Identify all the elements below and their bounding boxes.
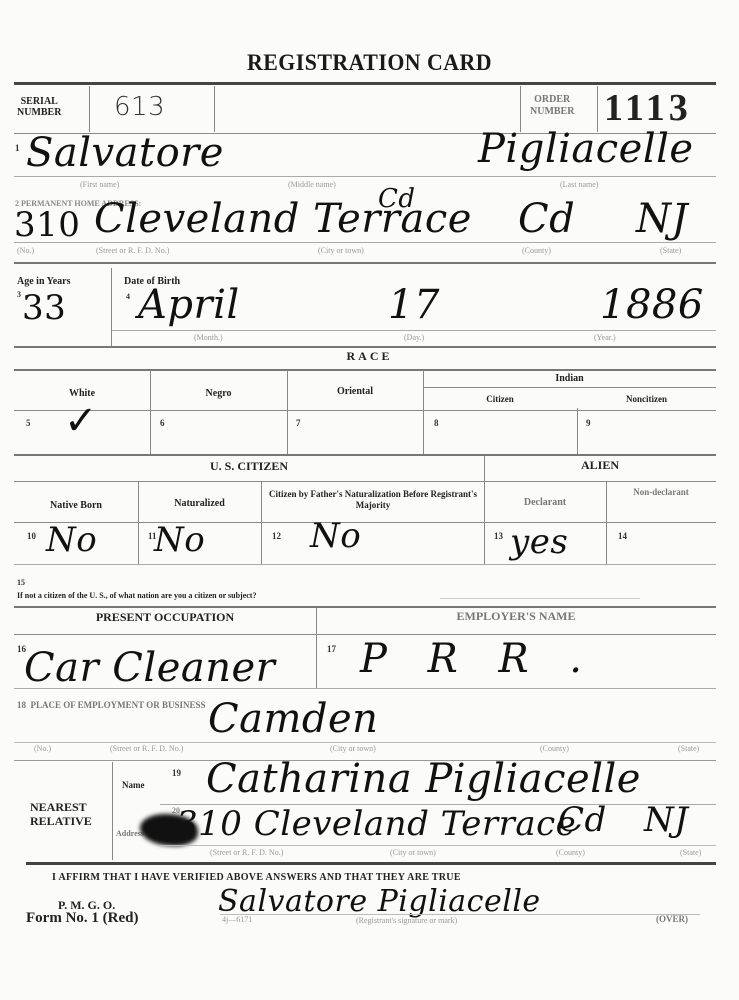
divider	[14, 454, 716, 456]
q15-label: If not a citizen of the U. S., of what n…	[17, 590, 256, 601]
field-number: 17	[327, 644, 336, 654]
field-number: 12	[272, 531, 281, 541]
caption-state: (State)	[660, 246, 681, 255]
divider	[14, 522, 716, 523]
caption-street: (Street or R. F. D. No.)	[96, 246, 169, 255]
caption-county: (County)	[522, 246, 551, 255]
card-title: REGISTRATION CARD	[18, 50, 720, 76]
address-number-value: 310	[14, 205, 80, 245]
race-col-indian: Indian	[423, 373, 716, 384]
divider	[14, 82, 716, 85]
place-of-employment-value: Camden	[208, 696, 378, 742]
relative-name-label: Name	[122, 780, 145, 791]
nearest-relative-label: NEAREST RELATIVE	[30, 800, 92, 828]
form-number-label: Form No. 1 (Red)	[26, 913, 138, 924]
address-city-insert: Cd	[378, 184, 416, 214]
divider	[316, 608, 317, 688]
first-name-value: Salvatore	[26, 130, 224, 176]
signature-caption: (Registrant's signature or mark)	[356, 916, 457, 925]
divider	[26, 862, 716, 865]
nearest-label-line1: NEAREST	[30, 800, 92, 814]
race-col-indian-citizen: Citizen	[423, 394, 577, 405]
citizen-col-native-born: Native Born	[14, 500, 138, 511]
race-col-negro: Negro	[150, 388, 287, 399]
divider	[14, 481, 716, 482]
caption-street: (Street or R. F. D. No.)	[210, 848, 283, 857]
caption-state: (State)	[678, 744, 699, 753]
divider	[577, 408, 578, 454]
naturalized-value: No	[154, 520, 205, 560]
alien-heading: ALIEN	[484, 460, 716, 471]
birth-year-value: 1886	[600, 282, 704, 328]
serial-label-line2: NUMBER	[17, 107, 61, 118]
divider	[111, 268, 112, 348]
field-number: 8	[434, 418, 439, 428]
place-of-employment-label: 18 PLACE OF EMPLOYMENT OR BUSINESS	[17, 700, 206, 711]
field-number: 13	[494, 531, 503, 541]
age-label: Age in Years	[17, 276, 71, 287]
serial-number-label: SERIAL NUMBER	[17, 96, 61, 118]
alien-col-declarant: Declarant	[484, 497, 606, 508]
order-label-line2: NUMBER	[530, 106, 574, 118]
caption-no: (No.)	[17, 246, 34, 255]
caption-city: (City or town)	[330, 744, 376, 753]
field-number: 1	[15, 143, 20, 153]
divider	[14, 176, 716, 177]
declarant-value: yes	[510, 522, 568, 562]
divider	[484, 456, 485, 564]
over-label: (OVER)	[656, 914, 688, 925]
affirmation-text: I AFFIRM THAT I HAVE VERIFIED ABOVE ANSW…	[52, 872, 461, 883]
address-state-value: NJ	[636, 196, 688, 242]
caption-county: (County)	[556, 848, 585, 857]
divider	[112, 762, 113, 860]
employer-heading: EMPLOYER'S NAME	[316, 611, 716, 622]
relative-address-city: Cd	[558, 800, 607, 840]
place-label-text: PLACE OF EMPLOYMENT OR BUSINESS	[31, 700, 206, 710]
divider	[14, 688, 716, 689]
caption-month: (Month.)	[194, 333, 223, 342]
field-number: 9	[586, 418, 591, 428]
caption-county: (County)	[540, 744, 569, 753]
divider	[14, 242, 716, 243]
relative-address-value: 310 Cleveland Terrace	[176, 804, 576, 844]
caption-day: (Day.)	[404, 333, 424, 342]
caption-city: (City or town)	[318, 246, 364, 255]
divider	[14, 410, 716, 411]
divider	[14, 634, 716, 635]
race-col-oriental: Oriental	[287, 386, 423, 397]
divider	[287, 370, 288, 454]
field-number: 7	[296, 418, 301, 428]
divider	[112, 330, 716, 331]
birth-month-value: April	[138, 282, 240, 328]
address-county-value: Cd	[518, 196, 575, 242]
q15-answer-line	[440, 598, 640, 599]
divider	[14, 606, 716, 608]
citizen-col-father-naturalization: Citizen by Father's Naturalization Befor…	[268, 489, 478, 511]
father-naturalization-value: No	[310, 516, 361, 556]
order-label-line1: ORDER	[530, 94, 574, 106]
field-number: 6	[160, 418, 165, 428]
registration-card: REGISTRATION CARD SERIAL NUMBER 613 ORDE…	[0, 0, 739, 1000]
field-number: 10	[27, 531, 36, 541]
caption-year: (Year.)	[594, 333, 616, 342]
order-number-value: 1113	[604, 86, 692, 130]
last-name-value: Pigliacelle	[478, 126, 694, 172]
divider	[89, 86, 90, 132]
divider	[138, 482, 139, 564]
us-citizen-heading: U. S. CITIZEN	[14, 461, 484, 472]
relative-name-value: Catharina Pigliacelle	[206, 756, 641, 802]
print-code: 4j—6171	[222, 915, 252, 924]
serial-label-line1: SERIAL	[17, 96, 61, 107]
serial-number-value: 613	[114, 92, 165, 122]
race-heading: RACE	[0, 351, 739, 362]
race-col-indian-noncitizen: Noncitizen	[577, 394, 716, 405]
caption-first-name: (First name)	[80, 180, 119, 189]
field-number: 14	[618, 531, 627, 541]
field-number: 18	[17, 700, 26, 710]
field-number: 4	[126, 292, 130, 301]
signature-line	[220, 914, 700, 915]
field-number: 5	[26, 418, 31, 428]
race-white-checkmark: ✓	[64, 398, 98, 444]
relative-address-state: NJ	[644, 800, 688, 840]
order-number-label: ORDER NUMBER	[530, 94, 574, 118]
citizen-col-naturalized: Naturalized	[138, 498, 261, 509]
caption-middle-name: (Middle name)	[288, 180, 336, 189]
divider	[160, 845, 716, 846]
occupation-value: Car Cleaner	[24, 645, 275, 691]
divider	[261, 482, 262, 564]
divider	[424, 387, 716, 388]
field-number: 3	[17, 290, 21, 299]
divider	[14, 742, 716, 743]
age-value: 33	[22, 288, 66, 328]
field-number: 19	[172, 768, 181, 778]
caption-city: (City or town)	[390, 848, 436, 857]
divider	[14, 564, 716, 565]
divider	[150, 370, 151, 454]
caption-no: (No.)	[34, 744, 51, 753]
nearest-label-line2: RELATIVE	[30, 814, 92, 828]
divider	[14, 369, 716, 371]
divider	[606, 482, 607, 564]
occupation-heading: PRESENT OCCUPATION	[14, 612, 316, 623]
native-born-value: No	[46, 520, 97, 560]
caption-state: (State)	[680, 848, 701, 857]
divider	[214, 86, 215, 132]
divider	[14, 262, 716, 264]
caption-last-name: (Last name)	[560, 180, 598, 189]
caption-street: (Street or R. F. D. No.)	[110, 744, 183, 753]
divider	[14, 346, 716, 348]
birth-day-value: 17	[388, 282, 440, 328]
field-number: 15	[17, 578, 25, 587]
employer-value: P R R .	[360, 636, 596, 682]
alien-col-nondeclarant: Non-declarant	[626, 487, 696, 498]
